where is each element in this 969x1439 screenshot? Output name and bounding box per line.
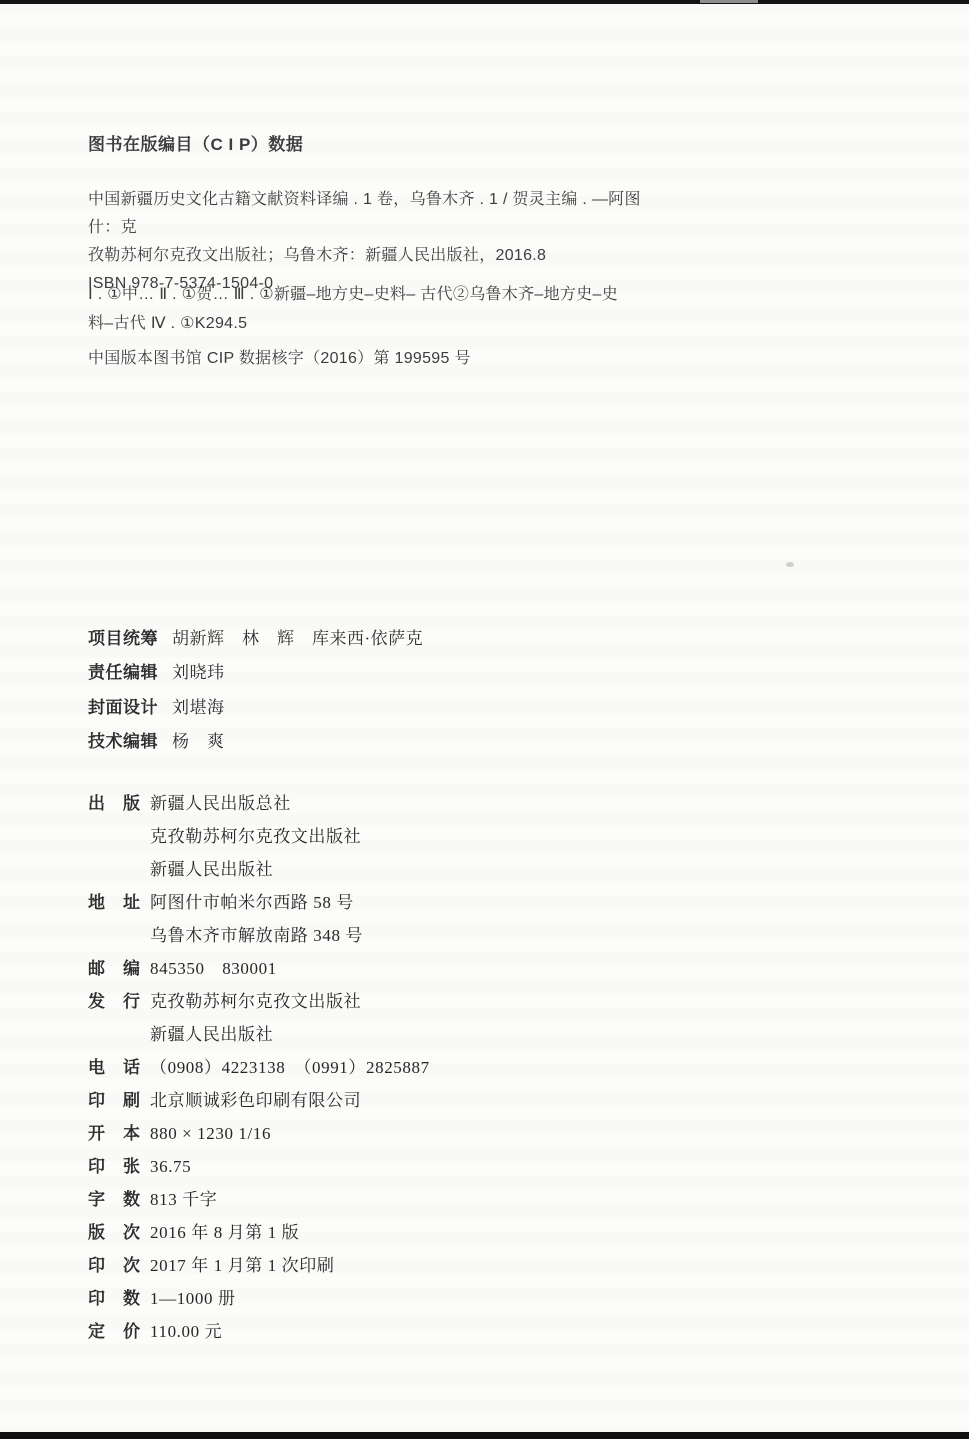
credit-label: 封面设计 (88, 693, 172, 718)
publication-info-block: 出 版 新疆人民出版总社 克孜勒苏柯尔克孜文出版社 新疆人民出版社 地 址 阿图… (88, 787, 430, 1348)
credits-block: 项目统筹 胡新辉 林 辉 库来西·依萨克 责任编辑 刘晓玮 封面设计 刘堪海 技… (88, 624, 423, 762)
publication-label: 地 址 (88, 886, 150, 919)
publication-value: 克孜勒苏柯尔克孜文出版社 (150, 820, 361, 853)
publication-label: 定 价 (88, 1315, 150, 1348)
credit-label: 技术编辑 (88, 727, 172, 752)
publication-value: 北京顺诚彩色印刷有限公司 (150, 1084, 361, 1117)
credit-value: 刘堪海 (172, 693, 225, 718)
cip-description-line: 中国新疆历史文化古籍文献资料译编 . 1 卷，乌鲁木齐 . 1 / 贺灵主编 .… (88, 186, 668, 242)
publication-label: 印 张 (88, 1150, 150, 1183)
publication-row-distributor: 发 行 克孜勒苏柯尔克孜文出版社 新疆人民出版社 (88, 985, 430, 1051)
publication-value: 1—1000 册 (150, 1282, 236, 1315)
publication-label: 出 版 (88, 787, 150, 820)
publication-label: 印 数 (88, 1282, 150, 1315)
cip-classification-line: Ⅰ . ①中… Ⅱ . ①贺… Ⅲ . ①新疆–地方史–史料– 古代②乌鲁木齐–… (88, 280, 728, 309)
copyright-page: { "colors": { "paper": "#fcfcfa", "bar_b… (0, 0, 969, 1439)
scan-speck (786, 562, 794, 567)
publication-value: 845350 830001 (150, 952, 277, 985)
publication-label: 发 行 (88, 985, 150, 1018)
publication-value: 2016 年 8 月第 1 版 (150, 1216, 299, 1249)
publication-label: 字 数 (88, 1183, 150, 1216)
publication-value: 36.75 (150, 1150, 191, 1183)
publication-row-format: 开 本 880 × 1230 1/16 (88, 1117, 430, 1150)
publication-row-edition: 版 次 2016 年 8 月第 1 版 (88, 1216, 430, 1249)
top-scan-edge (0, 0, 969, 4)
publication-value: 新疆人民出版总社 (150, 787, 361, 820)
credit-value: 刘晓玮 (172, 658, 225, 683)
credit-value: 杨 爽 (172, 727, 225, 752)
publication-row-impression: 印 次 2017 年 1 月第 1 次印刷 (88, 1249, 430, 1282)
publication-value: 克孜勒苏柯尔克孜文出版社 (150, 985, 361, 1018)
credit-value: 胡新辉 林 辉 库来西·依萨克 (172, 624, 423, 649)
credit-row: 技术编辑 杨 爽 (88, 727, 423, 761)
publication-row-postcode: 邮 编 845350 830001 (88, 952, 430, 985)
publication-label: 电 话 (88, 1051, 150, 1084)
cip-classification-line: 料–古代 Ⅳ . ①K294.5 (88, 309, 728, 338)
publication-label: 开 本 (88, 1117, 150, 1150)
credit-row: 项目统筹 胡新辉 林 辉 库来西·依萨克 (88, 624, 423, 658)
publication-value: 新疆人民出版社 (150, 853, 361, 886)
credit-label: 责任编辑 (88, 658, 172, 683)
publication-label: 版 次 (88, 1216, 150, 1249)
publication-label: 邮 编 (88, 952, 150, 985)
publication-value: 880 × 1230 1/16 (150, 1117, 271, 1150)
cip-description-line: 孜勒苏柯尔克孜文出版社；乌鲁木齐：新疆人民出版社，2016.8 (88, 242, 668, 270)
publication-row-telephone: 电 话 （0908）4223138 （0991）2825887 (88, 1051, 430, 1084)
publication-row-wordcount: 字 数 813 千字 (88, 1183, 430, 1216)
publication-value: 阿图什市帕米尔西路 58 号 (150, 886, 363, 919)
cip-classification: Ⅰ . ①中… Ⅱ . ①贺… Ⅲ . ①新疆–地方史–史料– 古代②乌鲁木齐–… (88, 280, 728, 338)
bottom-scan-edge (0, 1432, 969, 1439)
publication-row-address: 地 址 阿图什市帕米尔西路 58 号 乌鲁木齐市解放南路 348 号 (88, 886, 430, 952)
publication-value: 813 千字 (150, 1183, 217, 1216)
publication-row-publisher: 出 版 新疆人民出版总社 克孜勒苏柯尔克孜文出版社 新疆人民出版社 (88, 787, 430, 886)
publication-label: 印 次 (88, 1249, 150, 1282)
cip-heading: 图书在版编目（C I P）数据 (88, 130, 303, 155)
credit-row: 责任编辑 刘晓玮 (88, 658, 423, 692)
publication-row-printer: 印 刷 北京顺诚彩色印刷有限公司 (88, 1084, 430, 1117)
publication-row-printrun: 印 数 1—1000 册 (88, 1282, 430, 1315)
publication-value: 乌鲁木齐市解放南路 348 号 (150, 919, 363, 952)
publication-value: 110.00 元 (150, 1315, 222, 1348)
publication-value: （0908）4223138 （0991）2825887 (150, 1051, 430, 1084)
publication-row-price: 定 价 110.00 元 (88, 1315, 430, 1348)
top-scan-edge-gray-segment (700, 0, 758, 3)
publication-row-sheets: 印 张 36.75 (88, 1150, 430, 1183)
credit-row: 封面设计 刘堪海 (88, 693, 423, 727)
publication-value: 2017 年 1 月第 1 次印刷 (150, 1249, 334, 1282)
credit-label: 项目统筹 (88, 624, 172, 649)
cip-record-number: 中国版本图书馆 CIP 数据核字（2016）第 199595 号 (88, 345, 471, 368)
publication-label: 印 刷 (88, 1084, 150, 1117)
publication-value: 新疆人民出版社 (150, 1018, 361, 1051)
